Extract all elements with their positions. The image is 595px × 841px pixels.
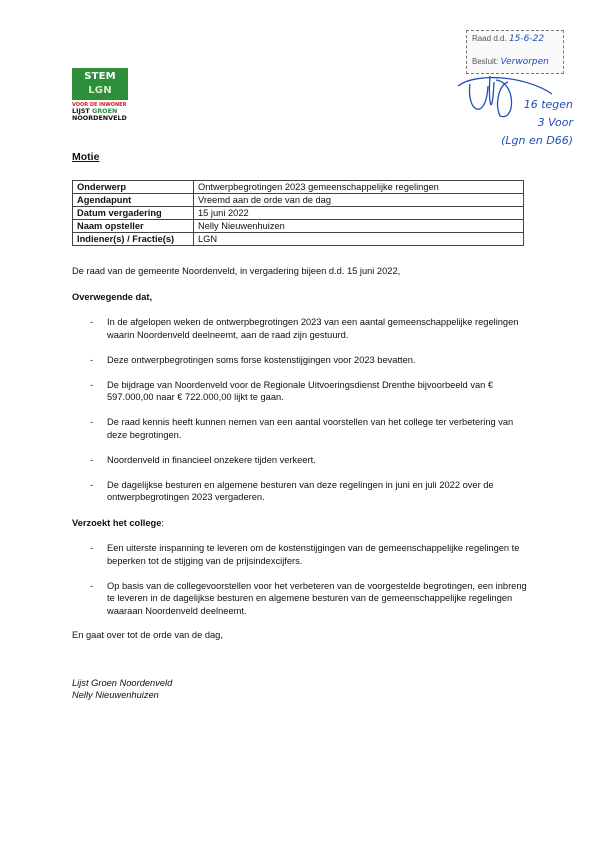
party-logo: STEM LGN VOOR DE INWONER LIJST GROEN NOO… — [72, 68, 128, 118]
meta-value: Vreemd aan de orde van de dag — [194, 194, 524, 207]
considering-item: De bijdrage van Noordenveld voor de Regi… — [72, 379, 532, 404]
meta-value: Nelly Nieuwenhuizen — [194, 220, 524, 233]
considering-item: In de afgelopen weken de ontwerpbegrotin… — [72, 316, 532, 341]
decision-stamp: Raad d.d. 15-6-22 Besluit: Verworpen — [466, 30, 564, 74]
meta-row: OnderwerpOntwerpbegrotingen 2023 gemeens… — [73, 181, 524, 194]
vote-notes: 16 tegen 3 Voor (Lgn en D66) — [501, 96, 573, 150]
meta-value: 15 juni 2022 — [194, 207, 524, 220]
considering-item: Noordenveld in financieel onzekere tijde… — [72, 454, 532, 467]
meta-key: Indiener(s) / Fractie(s) — [73, 233, 194, 246]
meta-key: Datum vergadering — [73, 207, 194, 220]
considering-item: De dagelijkse besturen en algemene bestu… — [72, 479, 532, 504]
document-title: Motie — [72, 151, 99, 163]
motion-body: De raad van de gemeente Noordenveld, in … — [72, 265, 532, 702]
signoff-party: Lijst Groen Noordenveld — [72, 677, 532, 690]
meta-row: AgendapuntVreemd aan de orde van de dag — [73, 194, 524, 207]
signoff-author: Nelly Nieuwenhuizen — [72, 689, 532, 702]
meta-row: Indiener(s) / Fractie(s)LGN — [73, 233, 524, 246]
meta-value: Ontwerpbegrotingen 2023 gemeenschappelij… — [194, 181, 524, 194]
vote-for-parties: (Lgn en D66) — [501, 132, 573, 150]
logo-banner: STEM LGN — [72, 68, 128, 100]
stamp-besluit-row: Besluit: Verworpen — [472, 57, 549, 67]
stamp-decision: Verworpen — [500, 57, 548, 67]
meta-value: LGN — [194, 233, 524, 246]
stamp-date: 15-6-22 — [509, 34, 544, 44]
meta-row: Datum vergadering15 juni 2022 — [73, 207, 524, 220]
stamp-raad-row: Raad d.d. 15-6-22 — [472, 34, 544, 44]
vote-for: 3 Voor — [501, 114, 573, 132]
intro-text: De raad van de gemeente Noordenveld, in … — [72, 265, 532, 278]
request-item: Een uiterste inspanning te leveren om de… — [72, 542, 532, 567]
meta-key: Naam opsteller — [73, 220, 194, 233]
considering-heading: Overwegende dat, — [72, 291, 532, 304]
meta-key: Agendapunt — [73, 194, 194, 207]
considering-list: In de afgelopen weken de ontwerpbegrotin… — [72, 316, 532, 504]
request-list: Een uiterste inspanning te leveren om de… — [72, 542, 532, 617]
considering-item: De raad kennis heeft kunnen nemen van ee… — [72, 416, 532, 441]
closing-text: En gaat over tot de orde van de dag, — [72, 629, 532, 642]
signoff: Lijst Groen Noordenveld Nelly Nieuwenhui… — [72, 677, 532, 702]
motion-meta-table: OnderwerpOntwerpbegrotingen 2023 gemeens… — [72, 180, 524, 246]
vote-against: 16 tegen — [501, 96, 573, 114]
request-item: Op basis van de collegevoorstellen voor … — [72, 580, 532, 618]
meta-key: Onderwerp — [73, 181, 194, 194]
request-heading: Verzoekt het college: — [72, 517, 532, 530]
considering-item: Deze ontwerpbegrotingen soms forse koste… — [72, 354, 532, 367]
logo-party-name: LIJST GROEN NOORDENVELD — [72, 108, 128, 122]
meta-row: Naam opstellerNelly Nieuwenhuizen — [73, 220, 524, 233]
